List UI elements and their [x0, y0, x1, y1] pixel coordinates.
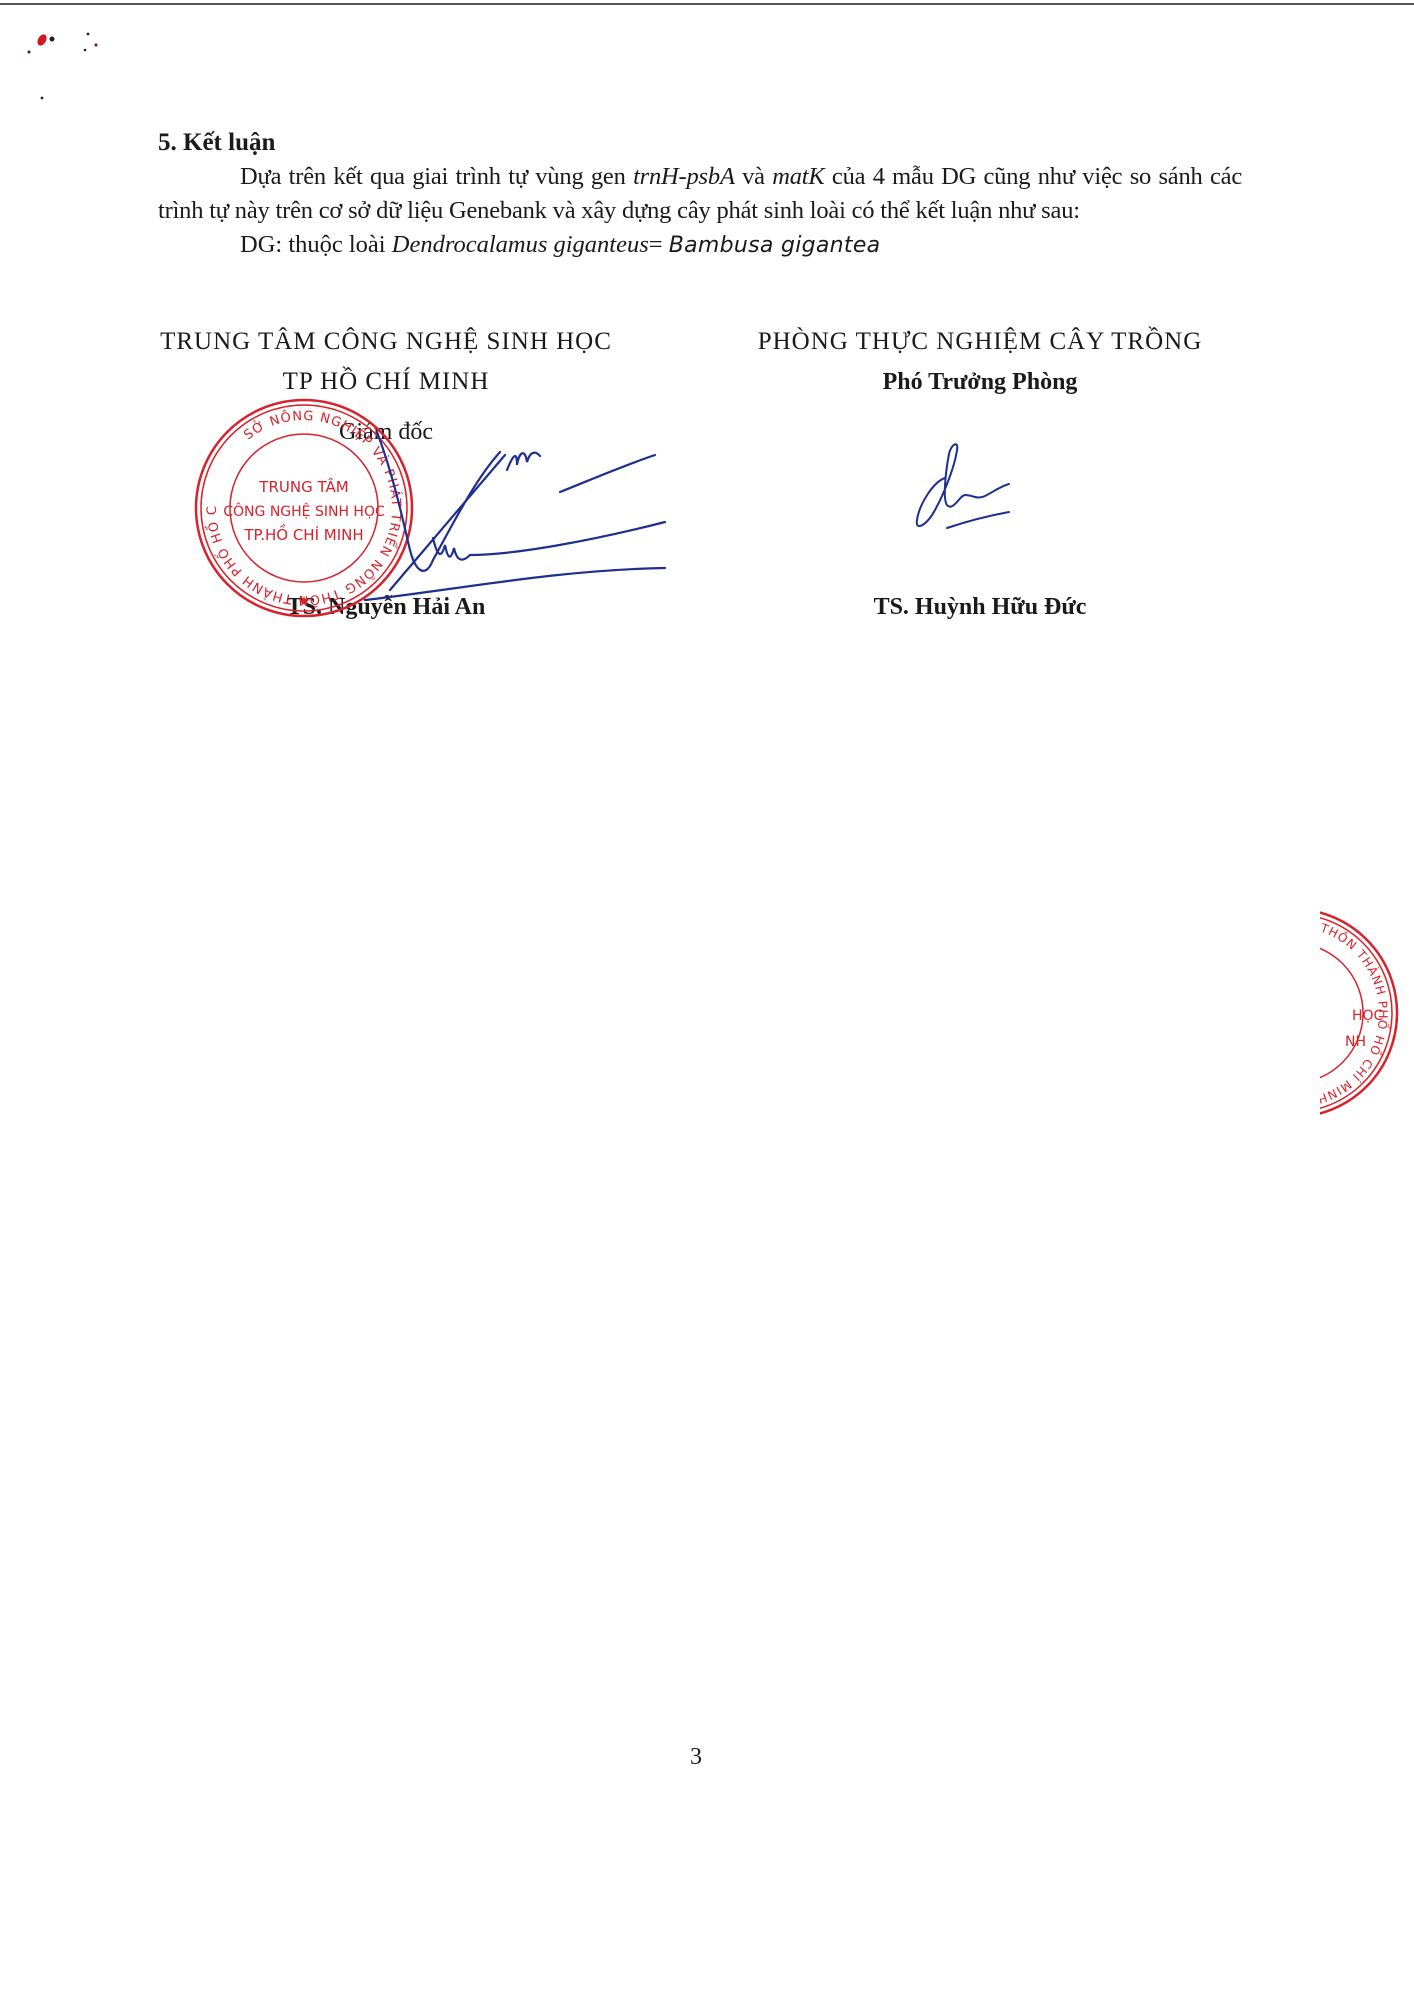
conclusion-paragraph: Dựa trên kết qua giai trình tự vùng gen … [158, 160, 1242, 228]
section-heading: 5. Kết luận [158, 126, 1242, 160]
gene-name-trnh-psba: trnH-psbA [633, 163, 735, 190]
right-signer-name: TS. Huỳnh Hữu Đức [716, 594, 1244, 621]
conclusion-section: 5. Kết luận Dựa trên kết qua giai trình … [158, 126, 1242, 263]
top-scan-border [0, 3, 1414, 5]
right-org-line1: PHÒNG THỰC NGHIỆM CÂY TRỒNG [716, 322, 1244, 362]
paragraph-text-lead: Dựa trên kết qua giai trình tự vùng gen [240, 163, 633, 190]
conclusion-lead: DG: thuộc loài [240, 231, 392, 258]
edge-stamp-fragment1: HỌC [1352, 1008, 1384, 1024]
left-org-line1: TRUNG TÂM CÔNG NGHỆ SINH HỌC [126, 322, 646, 362]
scan-artifact-marks [0, 0, 200, 120]
page-number: 3 [690, 1744, 702, 1771]
species-synonym: Bambusa gigantea [669, 233, 881, 258]
edge-stamp-fragment2: NH [1345, 1034, 1366, 1050]
left-handwritten-signature [255, 420, 675, 620]
right-signer-title: Phó Trưởng Phòng [716, 362, 1244, 402]
species-name: Dendrocalamus giganteus [392, 231, 649, 258]
edge-stamp-partial: THÔN THÀNH PHỐ HỒ CHÍ MINH HỌC NH [1180, 900, 1414, 1130]
gene-name-matk: matK [772, 163, 824, 190]
equals-sign: = [649, 231, 669, 258]
right-handwritten-signature [905, 440, 1015, 535]
conclusion-statement: DG: thuộc loài Dendrocalamus giganteus= … [158, 228, 1242, 263]
paragraph-text-and: và [735, 163, 773, 190]
